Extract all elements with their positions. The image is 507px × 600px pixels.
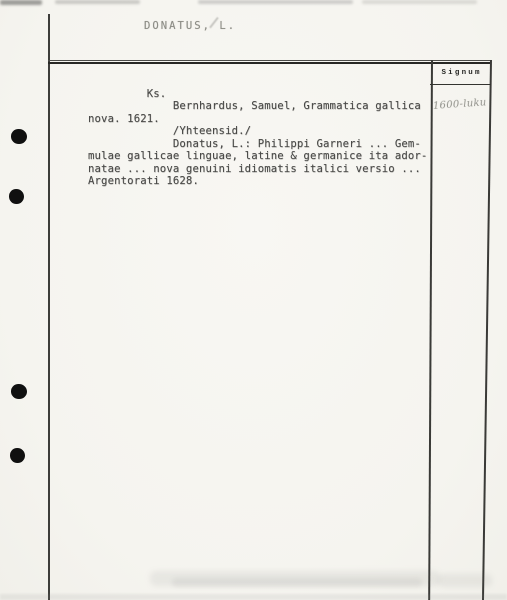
signum-column-rule (428, 60, 432, 600)
punch-hole-dot (9, 189, 24, 204)
bleed-through-smudge (438, 574, 492, 587)
punch-hole-dot (11, 129, 27, 144)
signum-handwritten-value: 1600-luku (433, 97, 498, 112)
card-body-line: Ks. (88, 88, 427, 100)
card-body-line: Donatus, L.: Philippi Garneri ... Gem- (88, 138, 427, 150)
card-body-line: /Yhteensid./ (88, 125, 427, 137)
left-margin-rule (48, 14, 50, 600)
signum-box-bottom-rule (430, 84, 491, 85)
card-right-rule (481, 60, 491, 600)
card-body-text: Ks. Bernhardus, Samuel, Grammatica galli… (88, 88, 427, 188)
card-top-rule-thick (48, 62, 491, 64)
scan-edge-noise (55, 0, 140, 4)
scan-edge-noise (198, 0, 353, 4)
card-top-rule-thin (48, 60, 491, 61)
card-body-line: mulae gallicae linguae, latine & germani… (88, 150, 427, 162)
card-body-line: nova. 1621. (88, 113, 427, 125)
punch-hole-dot (10, 448, 25, 463)
card-body-line: Argentorati 1628. (88, 175, 427, 187)
card-body-line: Bernhardus, Samuel, Grammatica gallica (88, 100, 427, 112)
library-catalog-card-scan: DONATUS, L. Signum 1600-luku Ks. Bernhar… (0, 0, 507, 600)
punch-hole-dot (11, 384, 27, 399)
scan-edge-noise (362, 0, 477, 4)
scan-edge-noise (0, 0, 42, 5)
card-heading: DONATUS, L. (144, 20, 236, 32)
signum-header-label: Signum (431, 62, 490, 83)
card-body-line: natae ... nova genuini idiomatis italici… (88, 163, 427, 175)
scan-bottom-edge (0, 594, 507, 600)
bleed-through-smudge (172, 578, 422, 587)
